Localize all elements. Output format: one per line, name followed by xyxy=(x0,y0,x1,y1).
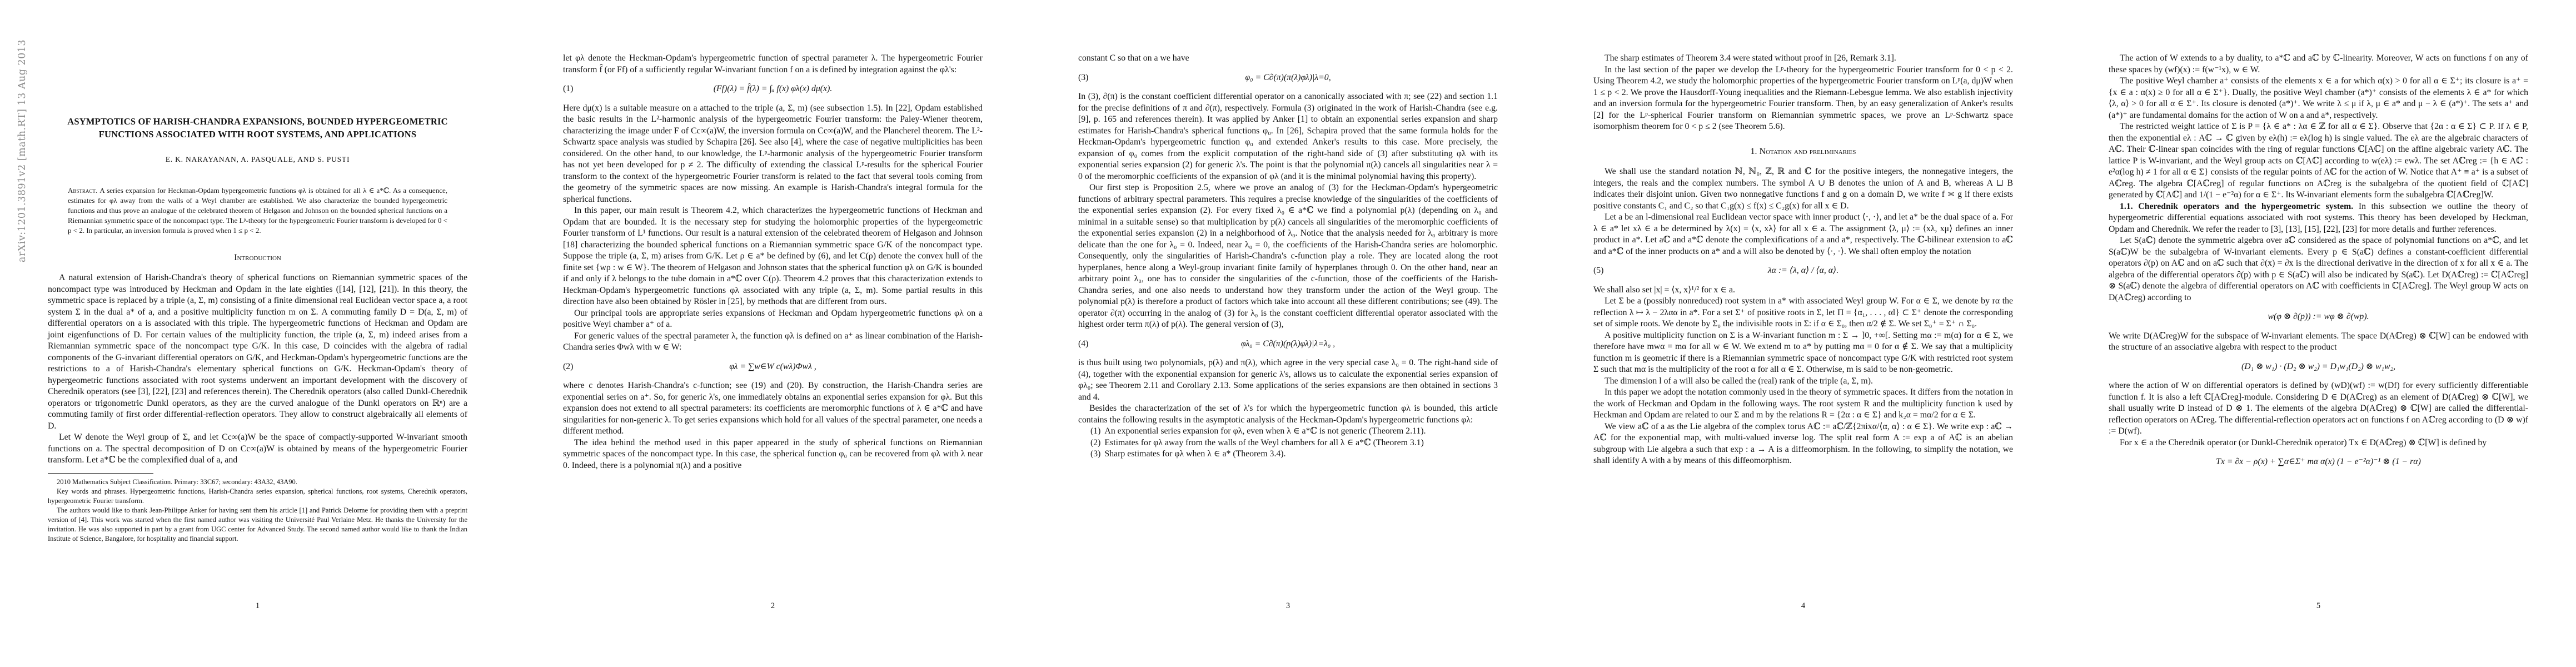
footnote: Key words and phrases. Hypergeometric fu… xyxy=(48,487,467,506)
paragraph: For x ∈ a the Cherednik operator (or Dun… xyxy=(2109,437,2528,449)
paragraph: Let S(aℂ) denote the symmetric algebra o… xyxy=(2109,235,2528,303)
equation: (4)φλ₀ = C∂(π)(p(λ)φλ)|λ=λ₀ , xyxy=(1078,339,1498,350)
text-run: ASYMPTOTICS OF HARISH-CHANDRA EXPANSIONS… xyxy=(67,116,447,140)
paragraph: We shall also set |x| = ⟨x, x⟩¹/² for x … xyxy=(1593,285,2013,296)
text-run: (D₁ ⊗ w₁) · (D₂ ⊗ w₂) = D₁w₁(D₂) ⊗ w₁w₂, xyxy=(2241,362,2395,371)
text-run: Key words and phrases. Hypergeometric fu… xyxy=(48,487,467,505)
paragraph: In this paper we adopt the notation comm… xyxy=(1593,387,2013,421)
paragraph: A positive multiplicity function on Σ is… xyxy=(1593,330,2013,376)
text-run: 1. Notation and preliminaries xyxy=(1751,147,1856,156)
paragraph: Let a be an l-dimensional real Euclidean… xyxy=(1593,212,2013,257)
text-run: (Ff)(λ) = f̂(λ) = ∫ₐ f(x) φλ(x) dμ(x). xyxy=(714,84,833,93)
footnote: The authors would like to thank Jean-Phi… xyxy=(48,506,467,544)
section-heading: Introduction xyxy=(48,252,467,264)
text-run: Tx = ∂x − ρ(x) + ∑α∈Σ⁺ mα α(x) (1 − e⁻²α… xyxy=(2216,457,2421,466)
text-run: Our principal tools are appropriate seri… xyxy=(563,308,983,330)
text-run: Introduction xyxy=(234,253,281,262)
page-number: 3 xyxy=(1030,600,1546,612)
footnote: 2010 Mathematics Subject Classification.… xyxy=(48,477,467,487)
text-run: Besides the characterization of the set … xyxy=(1078,404,1498,425)
paragraph: The action of W extends to a by duality,… xyxy=(2109,53,2528,76)
text-run: A natural extension of Harish-Chandra's … xyxy=(48,273,467,431)
text-run: where the action of W on differential op… xyxy=(2109,381,2528,436)
list-item: (2)Estimates for φλ away from the walls … xyxy=(1078,437,1498,449)
page-5: The action of W extends to a by duality,… xyxy=(2061,0,2576,667)
list-item: (3)Sharp estimates for φλ when λ ∈ a* (T… xyxy=(1078,449,1498,460)
paragraph: We write D(Aℂreg)W for the subspace of W… xyxy=(2109,331,2528,354)
list-marker: (3) xyxy=(1090,449,1104,459)
equation: (2)φλ = ∑w∈W c(wλ)Φwλ , xyxy=(563,361,983,373)
text-run: The action of W extends to a by duality,… xyxy=(2109,53,2528,74)
text-run: In (3), ∂(π) is the constant coefficient… xyxy=(1078,92,1498,181)
list-item: (1)An exponential series expansion for φ… xyxy=(1078,426,1498,437)
text-run: The dimension l of a will also be called… xyxy=(1605,376,1873,386)
paragraph: Here dμ(x) is a suitable measure on a at… xyxy=(563,103,983,206)
text-run: constant C so that on a we have xyxy=(1078,53,1189,63)
text-run: The positive Weyl chamber a⁺ consists of… xyxy=(2109,76,2528,120)
text-run: The sharp estimates of Theorem 3.4 were … xyxy=(1605,53,1896,63)
abstract: Abstract.A series expansion for Heckman-… xyxy=(68,186,447,236)
text-run: We shall also set |x| = ⟨x, x⟩¹/² for x … xyxy=(1593,285,1735,295)
page-1: ASYMPTOTICS OF HARISH-CHANDRA EXPANSIONS… xyxy=(0,0,515,667)
equation: (1)(Ff)(λ) = f̂(λ) = ∫ₐ f(x) φλ(x) dμ(x)… xyxy=(563,83,983,95)
paragraph: The sharp estimates of Theorem 3.4 were … xyxy=(1593,53,2013,64)
text-run: E. K. NARAYANAN, A. PASQUALE, AND S. PUS… xyxy=(166,155,350,163)
paragraph: We view aℂ of a as the Lie algebra of th… xyxy=(1593,421,2013,467)
paragraph: The positive Weyl chamber a⁺ consists of… xyxy=(2109,76,2528,121)
run-in-heading: 1.1. Cherednik operators and the hyperge… xyxy=(2120,202,2359,211)
text-run: λα := ⟨λ, α⟩ / ⟨α, α⟩. xyxy=(1768,266,1838,275)
page-number: 2 xyxy=(515,600,1030,612)
equation-tag: (4) xyxy=(1078,339,1088,350)
footnote-rule xyxy=(48,473,153,474)
text-run: Let Σ be a (possibly nonreduced) root sy… xyxy=(1593,296,2013,328)
text-run: In the last section of the paper we deve… xyxy=(1593,65,2013,132)
paragraph: constant C so that on a we have xyxy=(1078,53,1498,64)
page-4: The sharp estimates of Theorem 3.4 were … xyxy=(1546,0,2061,667)
authors-line: E. K. NARAYANAN, A. PASQUALE, AND S. PUS… xyxy=(48,154,467,166)
text-run: φ₀ = C∂(π)(π(λ)φλ)|λ=0, xyxy=(1245,73,1331,82)
text-run: A positive multiplicity function on Σ is… xyxy=(1593,331,2013,375)
text-run: The idea behind the method used in this … xyxy=(563,438,983,470)
equation: (D₁ ⊗ w₁) · (D₂ ⊗ w₂) = D₁w₁(D₂) ⊗ w₁w₂, xyxy=(2109,361,2528,373)
paper-title: ASYMPTOTICS OF HARISH-CHANDRA EXPANSIONS… xyxy=(63,115,452,141)
run-in-heading: Abstract. xyxy=(68,186,99,195)
list-marker: (1) xyxy=(1090,426,1104,436)
list-marker: (2) xyxy=(1090,438,1104,447)
page-number: 1 xyxy=(0,600,515,612)
paragraph: The restricted weight lattice of Σ is P … xyxy=(2109,121,2528,201)
text-run: We write D(Aℂreg)W for the subspace of W… xyxy=(2109,331,2528,352)
text-run: let φλ denote the Heckman-Opdam's hyperg… xyxy=(563,53,983,74)
paragraph: where the action of W on differential op… xyxy=(2109,380,2528,437)
text-run: Let a be an l-dimensional real Euclidean… xyxy=(1593,212,2013,256)
text-run: is thus built using two polynomials, p(λ… xyxy=(1078,358,1498,402)
text-run: Let S(aℂ) denote the symmetric algebra o… xyxy=(2109,236,2528,302)
equation: (3)φ₀ = C∂(π)(π(λ)φλ)|λ=0, xyxy=(1078,72,1498,84)
text-run: The authors would like to thank Jean-Phi… xyxy=(48,506,467,542)
text-run: 2010 Mathematics Subject Classification.… xyxy=(57,478,297,486)
paragraph: is thus built using two polynomials, p(λ… xyxy=(1078,357,1498,403)
paragraph: Besides the characterization of the set … xyxy=(1078,403,1498,426)
text-run: φλ = ∑w∈W c(wλ)Φwλ , xyxy=(729,362,816,371)
text-run: The restricted weight lattice of Σ is P … xyxy=(2109,122,2528,200)
equation-tag: (1) xyxy=(563,83,573,95)
text-run: An exponential series expansion for φλ, … xyxy=(1104,426,1426,436)
equation-tag: (5) xyxy=(1593,265,1603,277)
page-3: constant C so that on a we have(3)φ₀ = C… xyxy=(1030,0,1546,667)
paragraph: Let Σ be a (possibly nonreduced) root sy… xyxy=(1593,296,2013,330)
text-run: Estimates for φλ away from the walls of … xyxy=(1104,438,1423,447)
text-run: A series expansion for Heckman-Opdam hyp… xyxy=(68,186,447,235)
text-run: w(φ ⊗ ∂(p)) := wφ ⊗ ∂(wp). xyxy=(2268,312,2369,321)
page-number: 5 xyxy=(2061,600,2576,612)
text-run: For generic values of the spectral param… xyxy=(563,331,983,352)
text-run: Our first step is Proposition 2.5, where… xyxy=(1078,183,1498,329)
paragraph: In this paper, our main result is Theore… xyxy=(563,205,983,308)
paragraph: The dimension l of a will also be called… xyxy=(1593,376,2013,387)
paragraph: Our principal tools are appropriate seri… xyxy=(563,308,983,331)
equation-tag: (2) xyxy=(563,361,573,373)
paragraph: We shall use the standard notation ℕ, ℕ₀… xyxy=(1593,166,2013,212)
paragraph: where c denotes Harish-Chandra's c-funct… xyxy=(563,380,983,437)
text-run: We view aℂ of a as the Lie algebra of th… xyxy=(1593,422,2013,466)
page-2: let φλ denote the Heckman-Opdam's hyperg… xyxy=(515,0,1030,667)
text-run: where c denotes Harish-Chandra's c-funct… xyxy=(563,381,983,436)
paragraph: In (3), ∂(π) is the constant coefficient… xyxy=(1078,91,1498,182)
paragraph: For generic values of the spectral param… xyxy=(563,331,983,354)
equation: (5)λα := ⟨λ, α⟩ / ⟨α, α⟩. xyxy=(1593,265,2013,277)
text-run: We shall use the standard notation ℕ, ℕ₀… xyxy=(1593,167,2013,211)
text-run: Here dμ(x) is a suitable measure on a at… xyxy=(563,103,983,204)
section-heading: 1. Notation and preliminaries xyxy=(1593,146,2013,158)
equation: w(φ ⊗ ∂(p)) := wφ ⊗ ∂(wp). xyxy=(2109,311,2528,323)
paragraph: Our first step is Proposition 2.5, where… xyxy=(1078,182,1498,331)
paragraph: The idea behind the method used in this … xyxy=(563,437,983,472)
paragraph: A natural extension of Harish-Chandra's … xyxy=(48,272,467,432)
equation: Tx = ∂x − ρ(x) + ∑α∈Σ⁺ mα α(x) (1 − e⁻²α… xyxy=(2109,456,2528,468)
text-run: For x ∈ a the Cherednik operator (or Dun… xyxy=(2120,438,2487,447)
paragraph: Let W denote the Weyl group of Σ, and le… xyxy=(48,432,467,466)
paragraph: 1.1. Cherednik operators and the hyperge… xyxy=(2109,201,2528,236)
equation-tag: (3) xyxy=(1078,72,1088,84)
text-run: Let W denote the Weyl group of Σ, and le… xyxy=(48,432,467,465)
text-run: Sharp estimates for φλ when λ ∈ a* (Theo… xyxy=(1104,449,1285,459)
paragraph: In the last section of the paper we deve… xyxy=(1593,64,2013,133)
document-canvas: arXiv:1201.3891v2 [math.RT] 13 Aug 2013 … xyxy=(0,0,2576,667)
text-run: In this paper, our main result is Theore… xyxy=(563,206,983,306)
text-run: In this paper we adopt the notation comm… xyxy=(1593,387,2013,420)
paragraph: let φλ denote the Heckman-Opdam's hyperg… xyxy=(563,53,983,76)
text-run: φλ₀ = C∂(π)(p(λ)φλ)|λ=λ₀ , xyxy=(1241,339,1335,349)
page-number: 4 xyxy=(1546,600,2061,612)
